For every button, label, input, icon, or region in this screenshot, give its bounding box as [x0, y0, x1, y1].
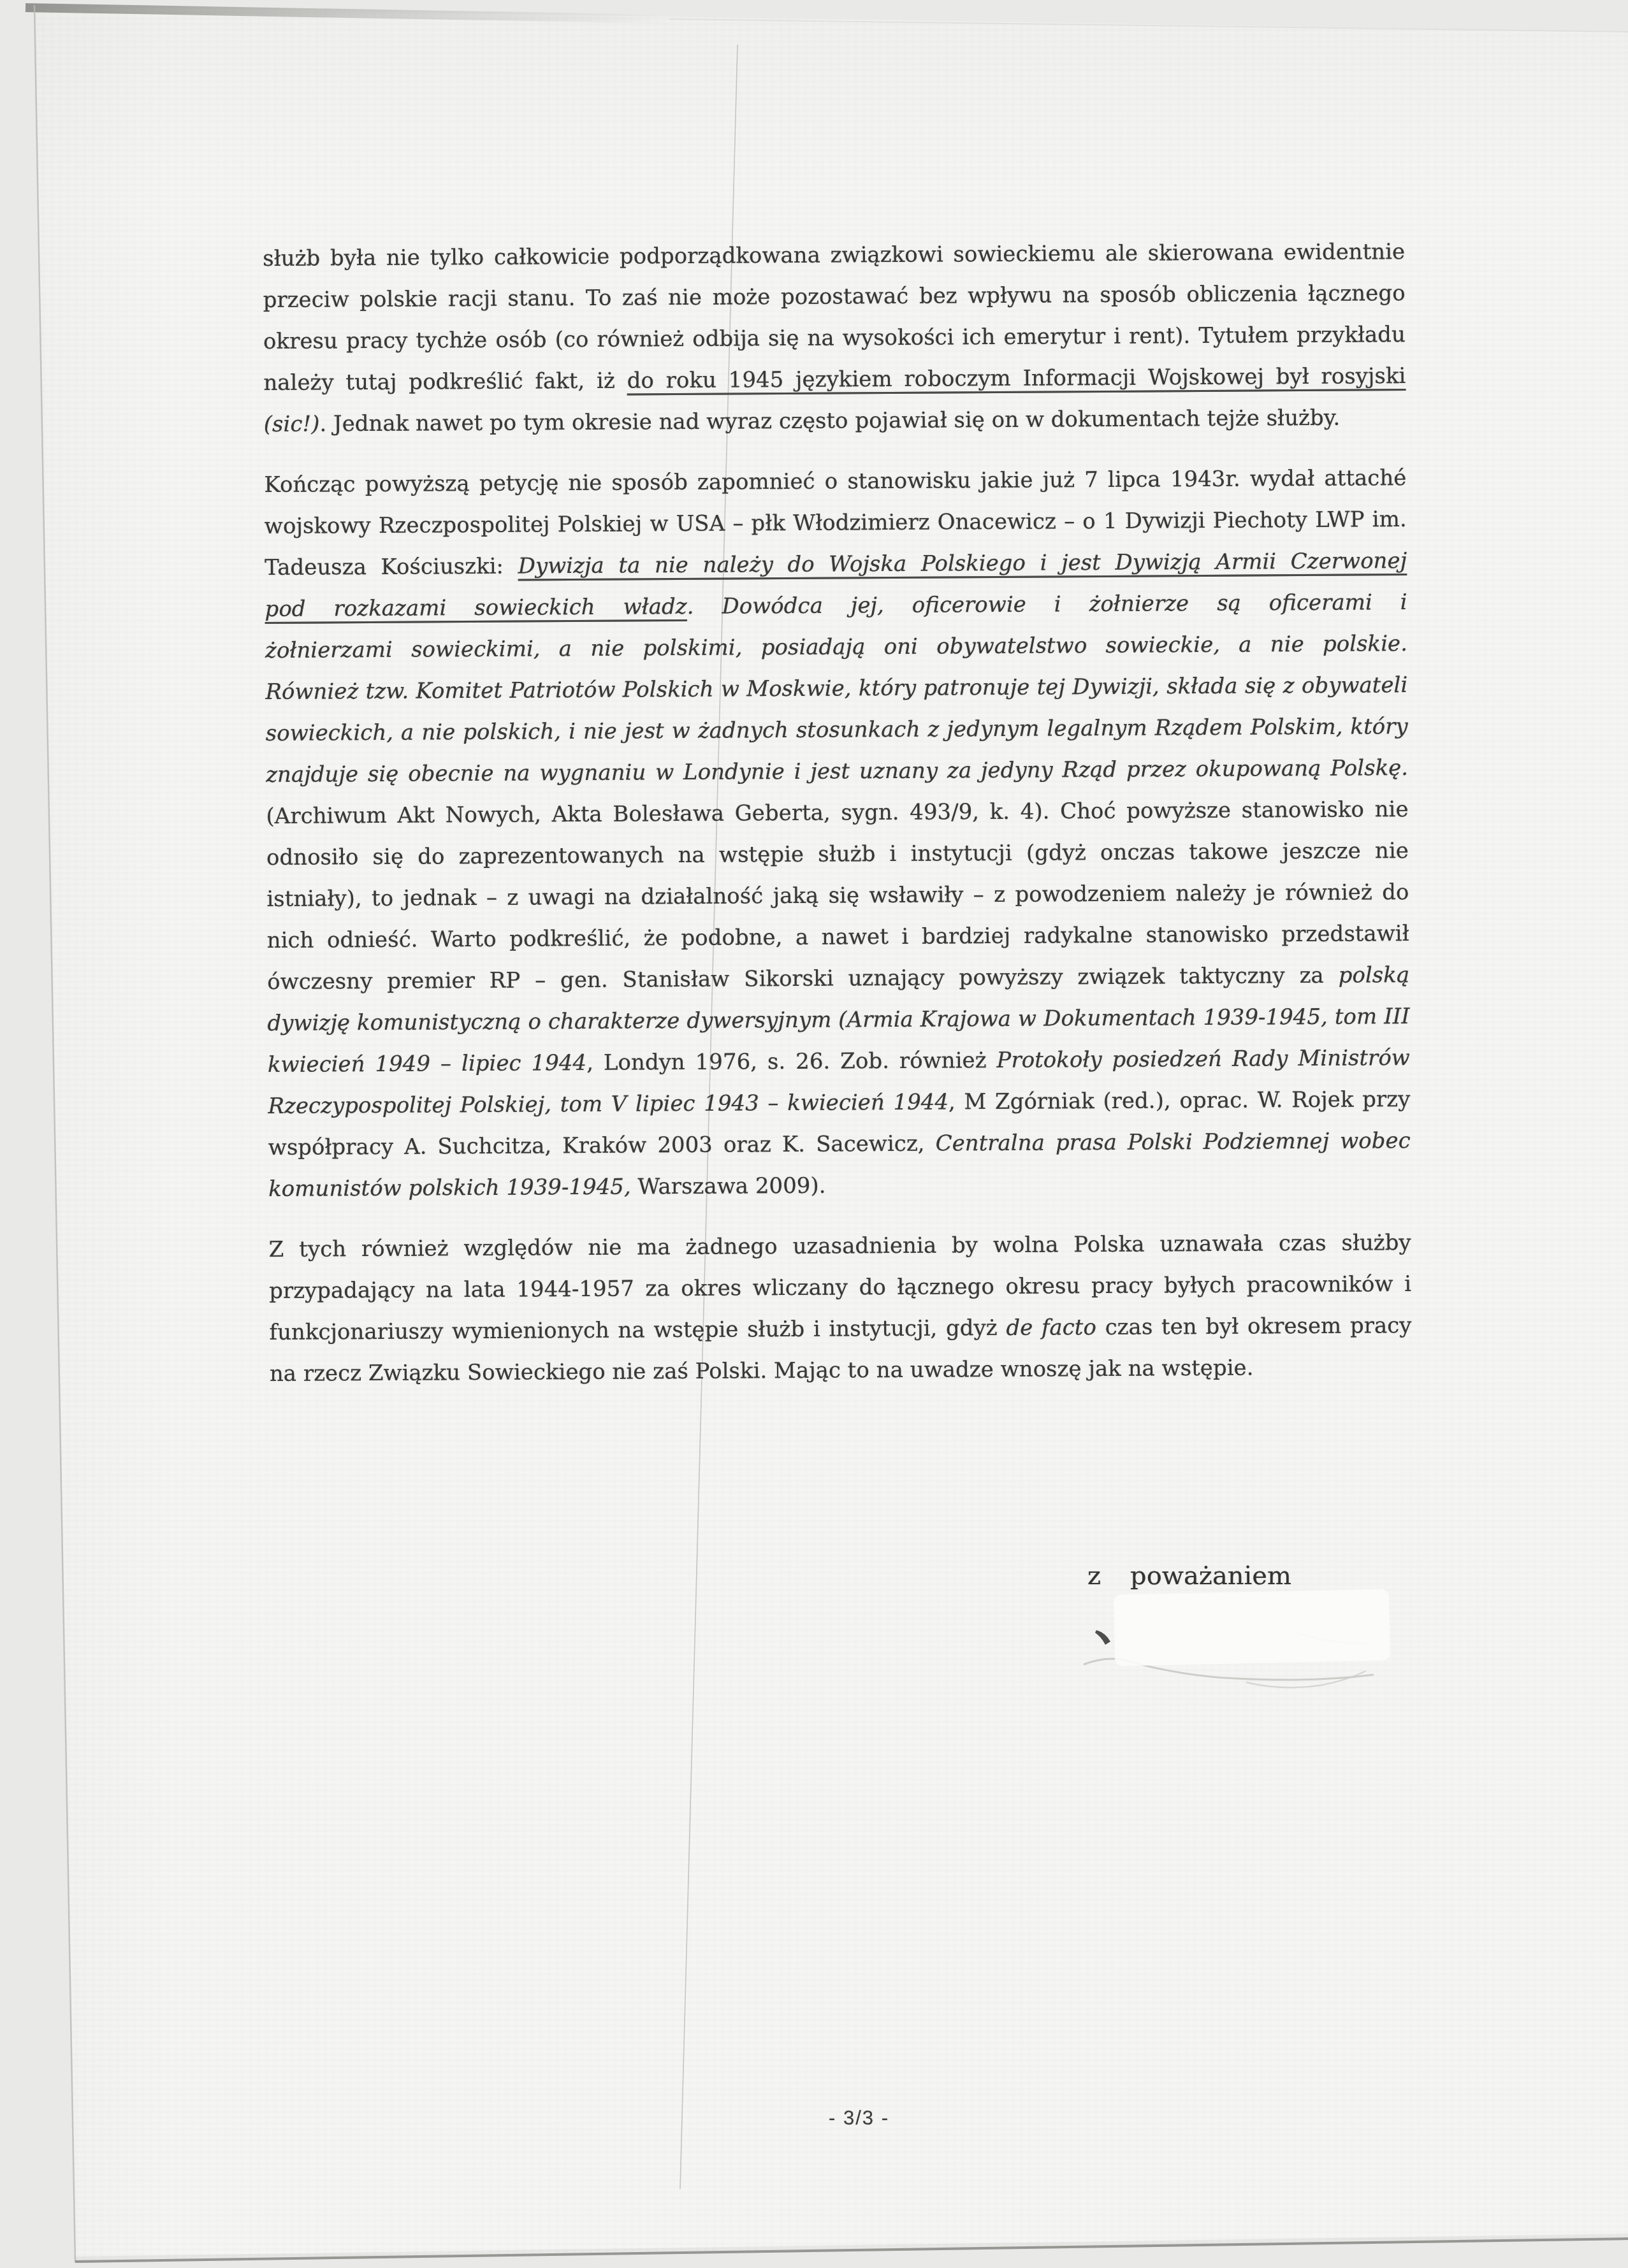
text-run: wojskowy Rzeczpospolitej Polskiej w USA …: [265, 507, 1407, 539]
text-line: ówczesny premier RP – gen. Stanisław Sik…: [267, 955, 1409, 1003]
text-line: dywizję komunistyczną o charakterze dywe…: [267, 996, 1409, 1044]
text-line: Również tzw. Komitet Patriotów Polskich …: [265, 665, 1407, 713]
text-run: znajduje się obecnie na wygnaniu w Londy…: [266, 755, 1408, 788]
text-line: wojskowy Rzeczpospolitej Polskiej w USA …: [265, 499, 1407, 547]
text-run: . Dowódca jej, oficerowie i żołnierze są…: [687, 589, 1407, 619]
text-line: żołnierzami sowieckimi, a nie polskimi, …: [265, 623, 1407, 672]
text-line: przypadający na lata 1944-1957 za okres …: [269, 1264, 1411, 1312]
paragraph-1: służb była nie tylko całkowicie podporzą…: [263, 231, 1406, 445]
text-line: istniały), to jednak – z uwagi na działa…: [266, 872, 1409, 920]
text-run: Armia Krajowa w Dokumentach 1939-1945, t…: [847, 1004, 1409, 1032]
document-text: służb była nie tylko całkowicie podporzą…: [263, 231, 1412, 1395]
scanned-document-page: { "colors": { "scanner_background": "#e9…: [0, 0, 1628, 2268]
text-line: przeciw polskie racji stanu. To zaś nie …: [263, 273, 1405, 321]
text-line: służb była nie tylko całkowicie podporzą…: [263, 231, 1405, 280]
text-line: Z tych również względów nie ma żadnego u…: [268, 1222, 1411, 1271]
text-run: funkcjonariuszy wymienionych na wstępie …: [269, 1315, 1006, 1345]
text-run: (sic!): [264, 411, 320, 437]
closing-word-z: z: [1087, 1561, 1101, 1591]
text-run: współpracy A. Suchcitza, Kraków 2003 ora…: [268, 1131, 936, 1160]
text-run: nich odnieść. Warto podkreślić, że podob…: [267, 921, 1409, 953]
closing-word-powazaniem: poważaniem: [1130, 1561, 1291, 1591]
paragraph-3: Z tych również względów nie ma żadnego u…: [268, 1222, 1412, 1395]
text-line: okresu pracy tychże osób (co również odb…: [263, 314, 1406, 363]
text-run: , M Zgórniak (red.), oprac. W. Rojek prz…: [948, 1087, 1411, 1115]
text-run: Tadeusza Kościuszki:: [265, 554, 518, 581]
text-run: pod rozkazami sowieckich władz: [265, 594, 687, 622]
text-run: de facto: [1006, 1315, 1096, 1341]
text-line: Rzeczypospolitej Polskiej, tom V lipiec …: [268, 1079, 1410, 1127]
text-line: (sic!). Jednak nawet po tym okresie nad …: [264, 397, 1406, 445]
whiteout-signature-area: [1114, 1589, 1390, 1666]
text-line: pod rozkazami sowieckich władz. Dowódca …: [265, 582, 1407, 630]
text-line: znajduje się obecnie na wygnaniu w Londy…: [266, 748, 1408, 796]
text-line: na rzecz Związku Sowieckiego nie zaś Pol…: [270, 1347, 1412, 1395]
text-line: Tadeusza Kościuszki: Dywizja ta nie nale…: [265, 540, 1407, 589]
text-run: Rzeczypospolitej Polskiej, tom V lipiec …: [268, 1089, 948, 1119]
text-line: funkcjonariuszy wymienionych na wstępie …: [269, 1305, 1411, 1354]
text-run: istniały), to jednak – z uwagi na działa…: [266, 879, 1409, 912]
text-run: należy tutaj podkreślić fakt, iż: [263, 368, 627, 396]
text-run: ówczesny premier RP – gen. Stanisław Sik…: [267, 963, 1339, 995]
text-run: Również tzw. Komitet Patriotów Polskich …: [265, 672, 1407, 705]
text-run: dywizję komunistyczną o charakterze dywe…: [267, 1007, 847, 1036]
text-run: kwiecień 1949 – lipiec 1944: [268, 1050, 586, 1078]
text-run: na rzecz Związku Sowieckiego nie zaś Pol…: [270, 1355, 1254, 1387]
text-run: odnosiło się do zaprezentowanych na wstę…: [266, 838, 1409, 870]
text-run: Warszawa 2009).: [637, 1173, 825, 1200]
text-run: Centralna prasa Polski Podziemnej wobec: [935, 1128, 1410, 1157]
text-run: do roku 1945 językiem roboczym Informacj…: [627, 363, 1406, 393]
text-run: służb była nie tylko całkowicie podporzą…: [263, 239, 1405, 271]
text-run: Dywizja ta nie należy do Wojska Polskieg…: [518, 548, 1407, 579]
text-run: , Londyn 1976, s. 26. Zob. również: [586, 1048, 997, 1076]
text-run: przeciw polskie racji stanu. To zaś nie …: [263, 280, 1405, 313]
text-run: czas ten był okresem pracy: [1096, 1313, 1412, 1340]
text-run: Z tych również względów nie ma żadnego u…: [269, 1230, 1411, 1262]
text-run: komunistów polskich 1939-1945,: [268, 1174, 638, 1202]
text-run: sowieckich, a nie polskich, i nie jest w…: [266, 714, 1408, 746]
text-line: Kończąc powyższą petycję nie sposób zapo…: [264, 458, 1406, 506]
closing-salutation: zpoważaniem: [1087, 1561, 1291, 1591]
text-line: sowieckich, a nie polskich, i nie jest w…: [266, 706, 1408, 755]
text-run: przypadający na lata 1944-1957 za okres …: [269, 1271, 1411, 1304]
text-line: należy tutaj podkreślić fakt, iż do roku…: [263, 356, 1406, 404]
text-line: (Archiwum Akt Nowych, Akta Bolesława Geb…: [266, 789, 1408, 837]
paragraph-2: Kończąc powyższą petycję nie sposób zapo…: [264, 458, 1411, 1210]
page-number-footer: - 3/3 -: [829, 2107, 889, 2130]
text-line: współpracy A. Suchcitza, Kraków 2003 ora…: [268, 1120, 1411, 1169]
text-run: polską: [1339, 962, 1410, 988]
text-line: komunistów polskich 1939-1945, Warszawa …: [268, 1162, 1411, 1210]
text-line: odnosiło się do zaprezentowanych na wstę…: [266, 830, 1409, 879]
text-run: Protokoły posiedzeń Rady Ministrów: [996, 1045, 1410, 1073]
text-line: kwiecień 1949 – lipiec 1944, Londyn 1976…: [268, 1037, 1410, 1086]
text-line: nich odnieść. Warto podkreślić, że podob…: [267, 913, 1409, 962]
text-run: . Jednak nawet po tym okresie nad wyraz …: [319, 405, 1340, 437]
text-run: żołnierzami sowieckimi, a nie polskimi, …: [265, 631, 1407, 663]
text-run: okresu pracy tychże osób (co również odb…: [263, 322, 1406, 354]
text-run: Kończąc powyższą petycję nie sposób zapo…: [264, 465, 1406, 498]
text-run: (Archiwum Akt Nowych, Akta Bolesława Geb…: [266, 797, 1408, 829]
